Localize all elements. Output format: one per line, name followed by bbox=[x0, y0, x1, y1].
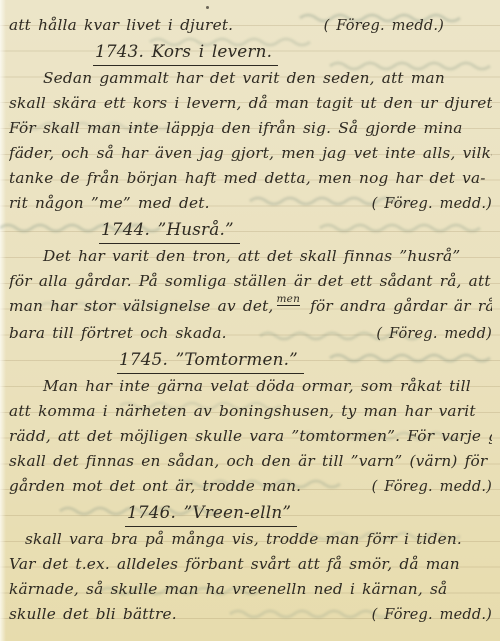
entry-1743: 1743. Kors i levern. Sedan gammalt har d… bbox=[9, 39, 492, 217]
entry-number: 1743. bbox=[95, 41, 144, 61]
body-line-text: gården mot det ont är, trodde man. bbox=[9, 474, 301, 499]
entry-heading-underlined: 1743. Kors i levern. bbox=[93, 39, 278, 66]
body-line: rit någon ”me” med det. ( Föreg. medd.) bbox=[9, 191, 492, 217]
body-line: tanke de från början haft med detta, men… bbox=[9, 166, 492, 191]
entry-number: 1746. bbox=[127, 502, 176, 522]
entry-heading-underlined: 1744. ”Husrå.” bbox=[99, 217, 240, 244]
body-line: fäder, och så har även jag gjort, men ja… bbox=[9, 141, 492, 166]
body-line: Sedan gammalt har det varit den seden, a… bbox=[9, 66, 492, 91]
entry-heading-underlined: 1745. ”Tomtormen.” bbox=[117, 347, 304, 374]
entry-1746: 1746. ”Vreen-elln” skall vara bra på mån… bbox=[9, 500, 492, 628]
entry-1745: 1745. ”Tomtormen.” Man har inte gärna ve… bbox=[9, 347, 492, 500]
entry-title: ”Husrå.” bbox=[158, 219, 234, 239]
attribution: ( Föreg. medd) bbox=[376, 322, 492, 347]
body-line-text: bara till förtret och skada. bbox=[9, 321, 227, 346]
manuscript-text: att hålla kvar livet i djuret. ( Föreg. … bbox=[0, 0, 500, 628]
body-line: gården mot det ont är, trodde man. ( För… bbox=[9, 474, 492, 500]
entry-title: Kors i levern. bbox=[152, 41, 273, 61]
manuscript-page: att hålla kvar livet i djuret. ( Föreg. … bbox=[0, 0, 500, 641]
continuation-line: att hålla kvar livet i djuret. ( Föreg. … bbox=[9, 13, 492, 39]
attribution: ( Föreg. medd.) bbox=[372, 192, 492, 217]
continuation-text: att hålla kvar livet i djuret. bbox=[9, 13, 233, 38]
body-line: skall det finnas en sådan, och den är ti… bbox=[9, 449, 492, 474]
body-line: Det har varit den tron, att det skall fi… bbox=[9, 244, 492, 269]
body-line: skulle det bli bättre. ( Föreg. medd.) bbox=[9, 602, 492, 628]
entry-heading-1743: 1743. Kors i levern. bbox=[93, 39, 492, 66]
entry-title: ”Tomtormen.” bbox=[176, 349, 298, 369]
body-line-text: man har stor välsignelse av det, bbox=[9, 297, 274, 315]
body-line: skall vara bra på många vis, trodde man … bbox=[9, 527, 492, 552]
entry-number: 1744. bbox=[101, 219, 150, 239]
insertion-note: men bbox=[277, 294, 301, 306]
body-line: man har stor välsignelse av det,men för … bbox=[9, 294, 492, 321]
body-line-text: för andra gårdar är rået bbox=[303, 297, 492, 315]
entry-heading-underlined: 1746. ”Vreen-elln” bbox=[125, 500, 297, 527]
body-line-text: rit någon ”me” med det. bbox=[9, 191, 210, 216]
body-line: rädd, att det möjligen skulle vara ”tomt… bbox=[9, 424, 492, 449]
entry-heading-1745: 1745. ”Tomtormen.” bbox=[117, 347, 492, 374]
entry-title: ”Vreen-elln” bbox=[184, 502, 292, 522]
attribution: ( Föreg. medd.) bbox=[372, 603, 492, 628]
body-line: För skall man inte läppja den ifrån sig.… bbox=[9, 116, 492, 141]
attribution: ( Föreg. medd.) bbox=[324, 14, 492, 39]
entry-1744: 1744. ”Husrå.” Det har varit den tron, a… bbox=[9, 217, 492, 347]
body-line: att komma i närheten av boningshusen, ty… bbox=[9, 399, 492, 424]
body-line: skall skära ett kors i levern, då man ta… bbox=[9, 91, 492, 116]
attribution: ( Föreg. medd.) bbox=[372, 475, 492, 500]
entry-heading-1746: 1746. ”Vreen-elln” bbox=[125, 500, 492, 527]
body-line: Man har inte gärna velat döda ormar, som… bbox=[9, 374, 492, 399]
body-line: kärnade, så skulle man ha vreenelln ned … bbox=[9, 577, 492, 602]
entry-number: 1745. bbox=[119, 349, 168, 369]
body-line: för alla gårdar. På somliga ställen är d… bbox=[9, 269, 492, 294]
entry-heading-1744: 1744. ”Husrå.” bbox=[99, 217, 492, 244]
body-line: Var det t.ex. alldeles förbant svårt att… bbox=[9, 552, 492, 577]
body-line-text: skulle det bli bättre. bbox=[9, 602, 177, 627]
body-line: bara till förtret och skada. ( Föreg. me… bbox=[9, 321, 492, 347]
